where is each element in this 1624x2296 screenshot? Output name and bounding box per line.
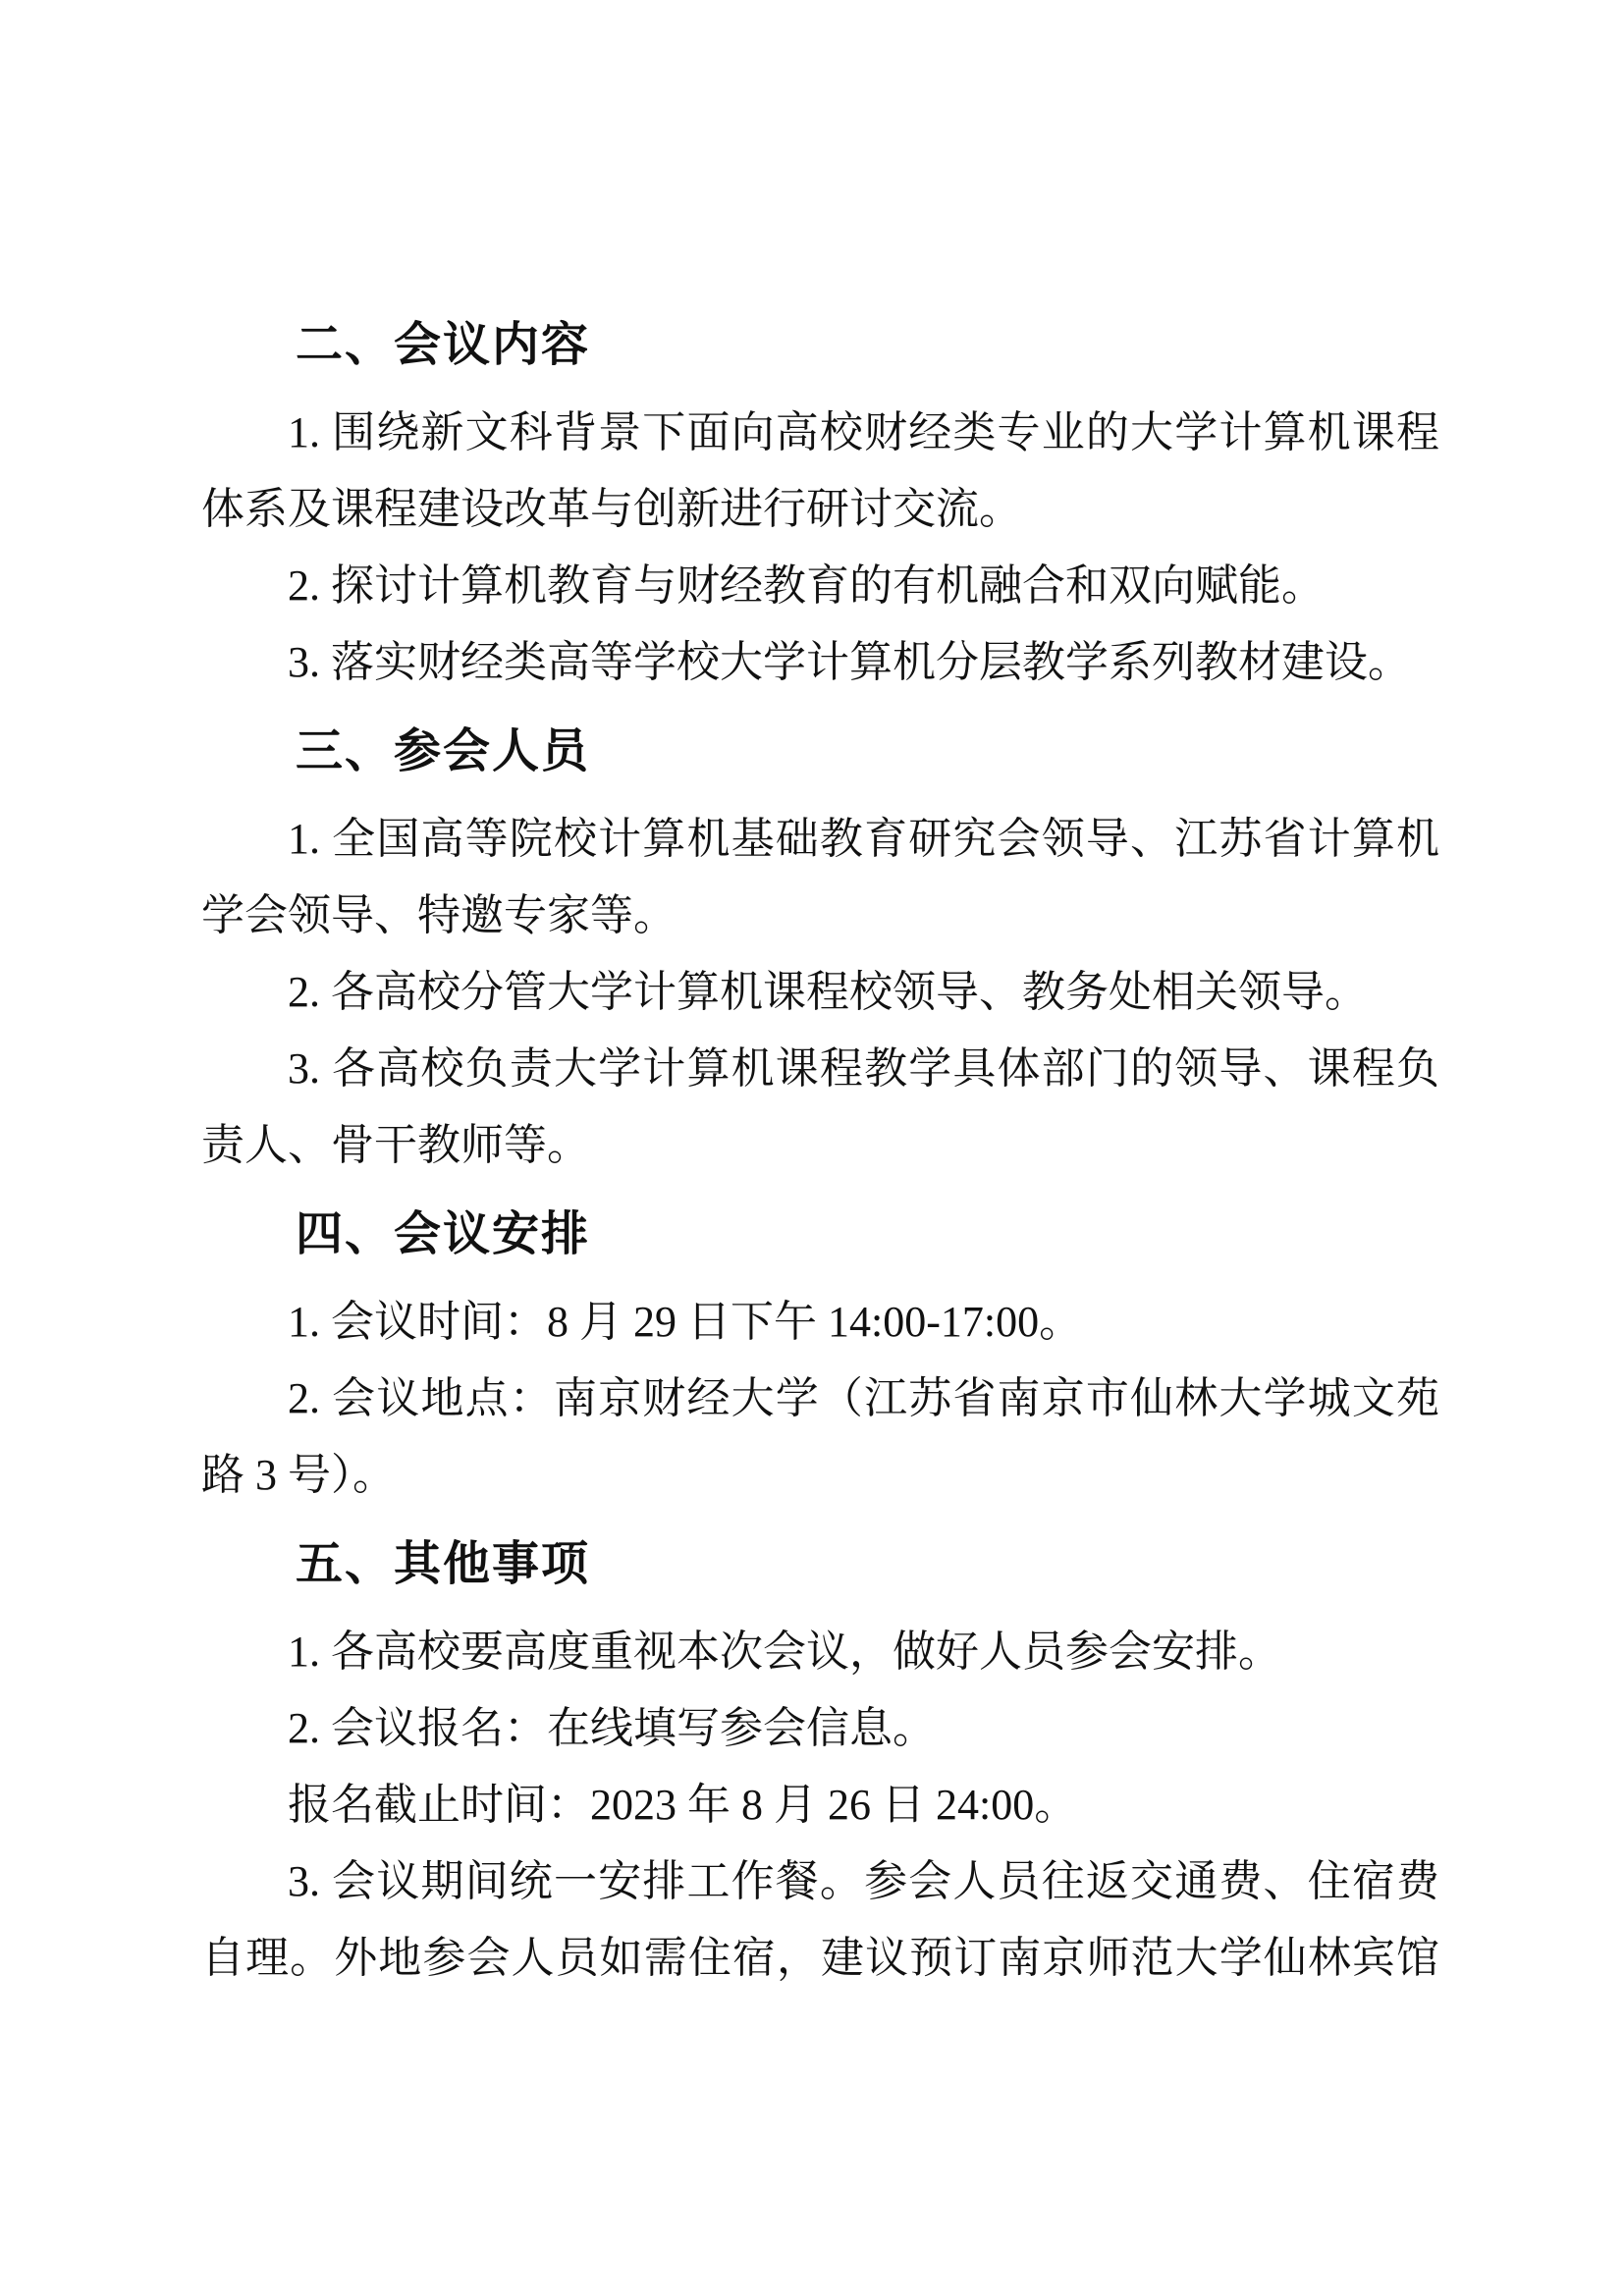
- paragraph-line: 2. 会议地点：南京财经大学（江苏省南京市仙林大学城文苑: [201, 1361, 1439, 1437]
- paragraph-line: 2. 会议报名：在线填写参会信息。: [201, 1690, 1439, 1767]
- paragraph-line: 体系及课程建设改革与创新进行研讨交流。: [201, 471, 1439, 548]
- paragraph-line: 2. 各高校分管大学计算机课程校领导、教务处相关领导。: [201, 954, 1439, 1031]
- paragraph-line: 责人、骨干教师等。: [201, 1107, 1439, 1184]
- paragraph-line: 1. 会议时间：8 月 29 日下午 14:00-17:00。: [201, 1284, 1439, 1361]
- section-3-heading: 三、参会人员: [201, 709, 1439, 795]
- section-5-heading: 五、其他事项: [201, 1522, 1439, 1608]
- paragraph-line: 3. 落实财经类高等学校大学计算机分层教学系列教材建设。: [201, 624, 1439, 701]
- document-body: 二、会议内容 1. 围绕新文科背景下面向高校财经类专业的大学计算机课程 体系及课…: [201, 294, 1439, 1997]
- paragraph-line: 报名截止时间：2023 年 8 月 26 日 24:00。: [201, 1767, 1439, 1843]
- paragraph-line: 自理。外地参会人员如需住宿，建议预订南京师范大学仙林宾馆: [201, 1920, 1439, 1997]
- paragraph-line: 1. 全国高等院校计算机基础教育研究会领导、江苏省计算机: [201, 801, 1439, 878]
- paragraph-line: 1. 各高校要高度重视本次会议，做好人员参会安排。: [201, 1614, 1439, 1690]
- section-4-heading: 四、会议安排: [201, 1192, 1439, 1278]
- paragraph-line: 路 3 号）。: [201, 1437, 1439, 1514]
- paragraph-line: 3. 各高校负责大学计算机课程教学具体部门的领导、课程负: [201, 1031, 1439, 1107]
- paragraph-line: 1. 围绕新文科背景下面向高校财经类专业的大学计算机课程: [201, 395, 1439, 471]
- document-page: 二、会议内容 1. 围绕新文科背景下面向高校财经类专业的大学计算机课程 体系及课…: [0, 0, 1624, 2296]
- section-2-heading: 二、会议内容: [201, 302, 1439, 389]
- paragraph-line: 学会领导、特邀专家等。: [201, 878, 1439, 954]
- paragraph-line: 2. 探讨计算机教育与财经教育的有机融合和双向赋能。: [201, 548, 1439, 624]
- paragraph-line: 3. 会议期间统一安排工作餐。参会人员往返交通费、住宿费: [201, 1843, 1439, 1920]
